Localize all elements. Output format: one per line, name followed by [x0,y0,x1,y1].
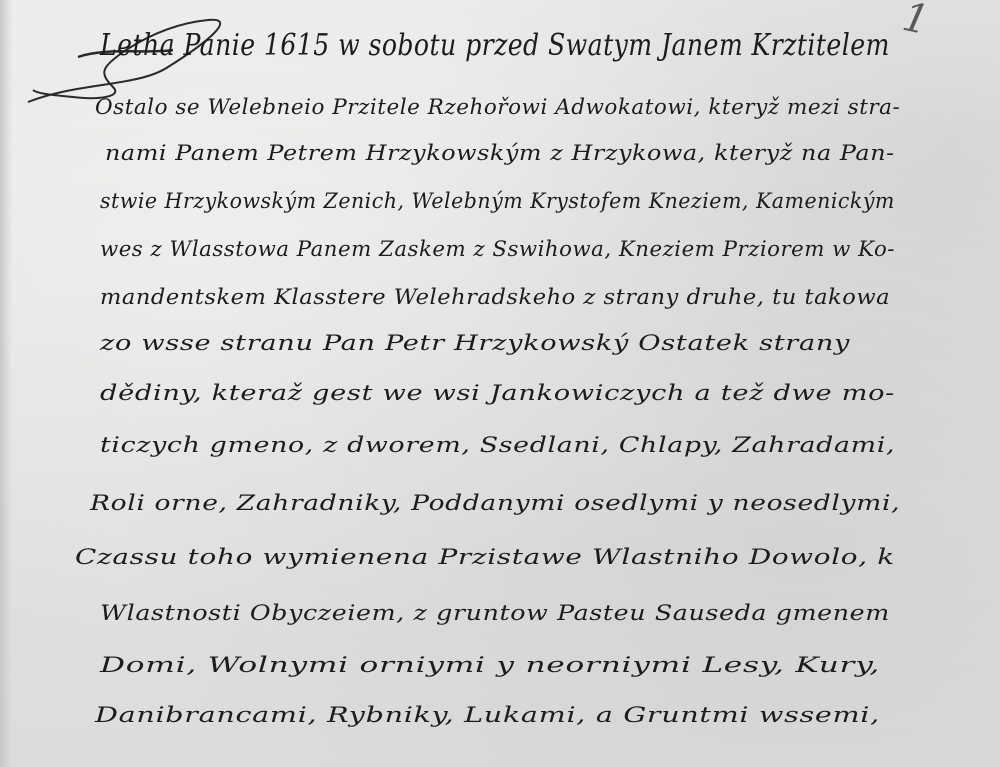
manuscript-line: nami Panem Petrem Hrzykowským z Hrzykowa… [105,141,895,165]
manuscript-page: 1 Letha Panie 1615 w sobotu przed Swatym… [0,0,1000,767]
manuscript-line: Ostalo se Welebneio Przitele Rzehořowi A… [95,95,900,119]
manuscript-line: Domi, Wolnymi orniymi y neorniymi Lesy, … [100,653,880,677]
manuscript-line: stwie Hrzykowským Zenich, Welebným Kryst… [100,189,895,213]
manuscript-line: zo wsse stranu Pan Petr Hrzykowský Ostat… [100,331,850,355]
manuscript-line: mandentskem Klasstere Welehradskeho z st… [100,285,890,309]
folio-number: 1 [898,0,932,44]
heading-line: Letha Panie 1615 w sobotu przed Swatym J… [100,28,890,63]
manuscript-line: ticzych gmeno, z dworem, Ssedlani, Chlap… [100,433,895,457]
page-edge-shadow [0,0,12,767]
manuscript-line: Czassu toho wymienena Przistawe Wlastnih… [75,545,895,569]
manuscript-line: Roli orne, Zahradniky, Poddanymi osedlym… [90,491,900,515]
manuscript-line: Wlastnosti Obyczeiem, z gruntow Pasteu S… [100,601,890,625]
manuscript-line: wes z Wlasstowa Panem Zaskem z Sswihowa,… [100,237,895,261]
manuscript-line: dědiny, kteraž gest we wsi Jankowiczych … [100,381,895,405]
manuscript-line: Danibrancami, Rybniky, Lukami, a Gruntmi… [95,703,880,727]
